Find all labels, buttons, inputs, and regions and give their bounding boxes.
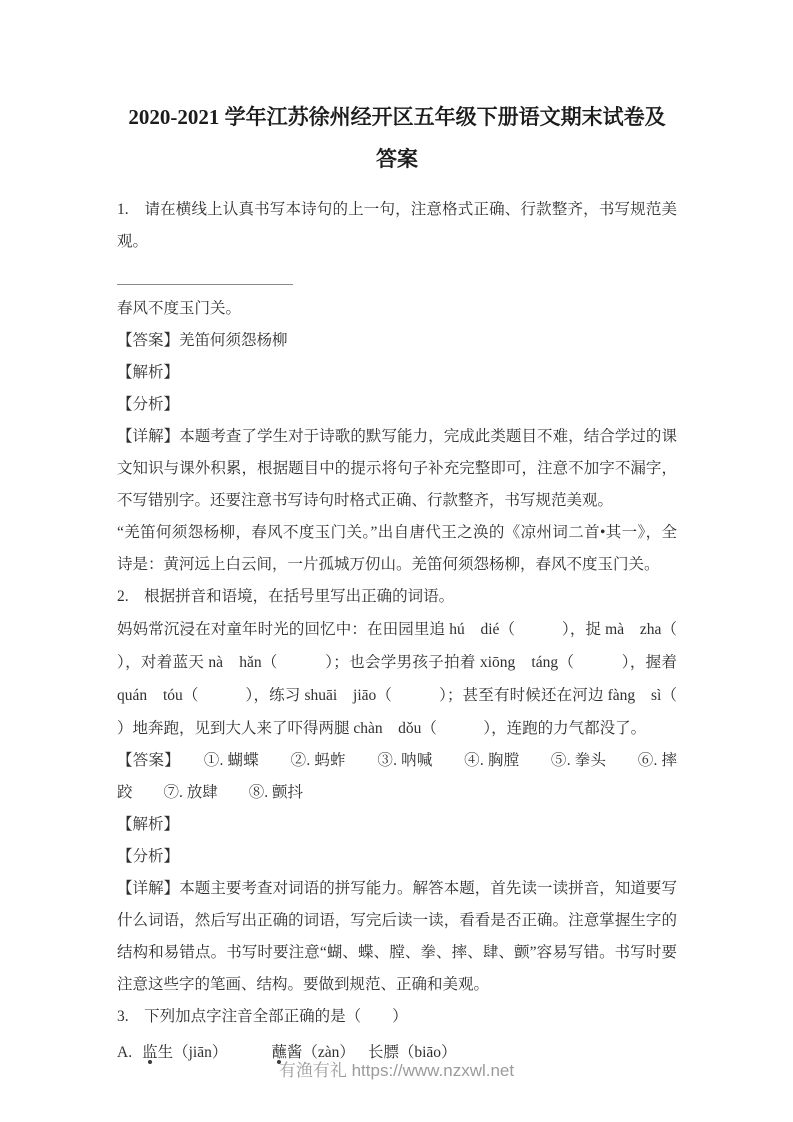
question1-detail: 【详解】本题考查了学生对于诗歌的默写能力，完成此类题目不难，结合学过的课文知识与… [117, 421, 677, 517]
question3-prompt: 3. 下列加点字注音全部正确的是（ ） [117, 1001, 677, 1033]
question1-jiexi-label: 【解析】 [117, 357, 677, 389]
question2-detail: 【详解】本题主要考查对词语的拼写能力。解答本题，首先读一读拼音，知道要写什么词语… [117, 873, 677, 1001]
question1-extra-note: “羌笛何须怨杨柳，春风不度玉门关。”出自唐代王之涣的《凉州词二首•其一》，全诗是… [117, 517, 677, 581]
question-2: 2. 根据拼音和语境，在括号里写出正确的词语。 妈妈常沉浸在对童年时光的回忆中：… [117, 581, 677, 1001]
question2-answer: 【答案】 ①. 蝴蝶 ②. 蚂蚱 ③. 呐喊 ④. 胸膛 ⑤. 拳头 ⑥. 摔跤… [117, 745, 677, 809]
question2-prompt: 2. 根据拼音和语境，在括号里写出正确的词语。 [117, 581, 677, 613]
question1-prompt: 1. 请在横线上认真书写本诗句的上一句，注意格式正确、行款整齐，书写规范美观。 [117, 194, 677, 258]
page-title: 2020-2021 学年江苏徐州经开区五年级下册语文期末试卷及答案 [117, 96, 677, 180]
exam-document: 2020-2021 学年江苏徐州经开区五年级下册语文期末试卷及答案 1. 请在横… [117, 0, 677, 1069]
page-title-line1: 2020-2021 学年江苏徐州经开区五年级下册语文期末试卷及 [128, 105, 665, 129]
question1-fenxi-label: 【分析】 [117, 389, 677, 421]
question2-jiexi-label: 【解析】 [117, 809, 677, 841]
site-watermark: 有渔有礼 https://www.nzxwl.net [0, 1056, 793, 1081]
question-1: 1. 请在横线上认真书写本诗句的上一句，注意格式正确、行款整齐，书写规范美观。 … [117, 194, 677, 581]
question1-given-verse: 春风不度玉门关。 [117, 293, 677, 325]
answer-blank-line [117, 284, 293, 285]
question1-answer: 【答案】羌笛何须怨杨柳 [117, 325, 677, 357]
page-title-line2: 答案 [376, 147, 418, 171]
question2-fenxi-label: 【分析】 [117, 841, 677, 873]
question2-passage: 妈妈常沉浸在对童年时光的回忆中：在田园里追 hú dié（ ），捉 mà zha… [117, 613, 677, 745]
